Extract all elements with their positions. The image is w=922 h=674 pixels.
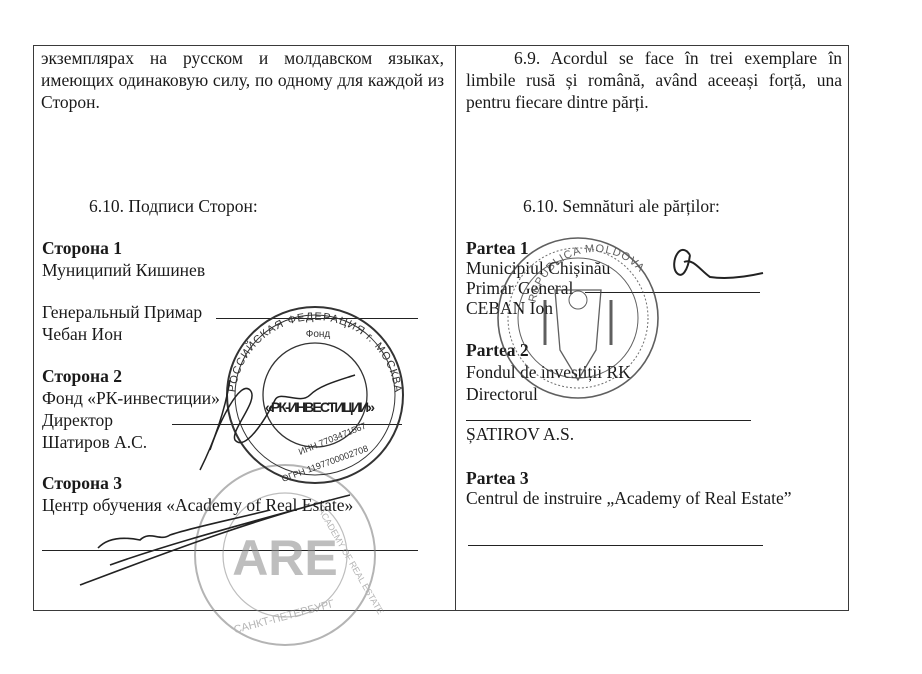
bilingual-table [33, 45, 849, 611]
party1-title-ru: Сторона 1 [42, 238, 122, 259]
russian-column: экземплярах на русском и молдавском язык… [41, 45, 444, 113]
party2-signature-line-ro [466, 420, 751, 421]
party1-signatory-ru: Чебан Ион [42, 324, 122, 345]
document-page: экземплярах на русском и молдавском язык… [0, 0, 922, 674]
romanian-column: 6.9. Acordul se face în trei exemplare î… [466, 45, 842, 113]
party1-role-ro: Primar General [466, 278, 573, 299]
party1-signatory-ro: CEBAN Ion [466, 298, 553, 319]
party3-name-ru: Центр обучения «Academy of Real Estate» [42, 495, 353, 516]
party1-signature-line-ro [585, 292, 760, 293]
party3-name-ro: Centrul de instruire „Academy of Real Es… [466, 488, 792, 509]
party2-role-ru: Директор [42, 410, 113, 431]
party1-signature-line-ru [216, 318, 418, 319]
party2-signatory-ro: ȘATIROV A.S. [466, 424, 574, 445]
party3-signature-line-ro [468, 545, 763, 546]
party2-signatory-ru: Шатиров А.С. [42, 432, 147, 453]
intro-text-ro: 6.9. Acordul se face în trei exemplare î… [466, 47, 842, 113]
party2-name-ro: Fondul de investiții RK [466, 362, 631, 383]
party2-title-ro: Partea 2 [466, 340, 529, 361]
party1-name-ru: Муниципий Кишинев [42, 260, 205, 281]
party1-title-ro: Partea 1 [466, 238, 529, 259]
intro-text-ru: экземплярах на русском и молдавском язык… [41, 47, 444, 113]
party2-title-ru: Сторона 2 [42, 366, 122, 387]
party1-name-ro: Municipiul Chișinău [466, 258, 610, 279]
party2-name-ru: Фонд «РК-инвестиции» [42, 388, 220, 409]
party3-signature-line-ru [42, 550, 418, 551]
column-divider [455, 45, 456, 611]
party3-title-ru: Сторона 3 [42, 473, 122, 494]
section-heading-ro: 6.10. Semnături ale părților: [523, 196, 720, 217]
party2-signature-line-ru [172, 424, 402, 425]
party1-role-ru: Генеральный Примар [42, 302, 202, 323]
party3-title-ro: Partea 3 [466, 468, 529, 489]
party2-role-ro: Directorul [466, 384, 538, 405]
section-heading-ru: 6.10. Подписи Сторон: [89, 196, 258, 217]
